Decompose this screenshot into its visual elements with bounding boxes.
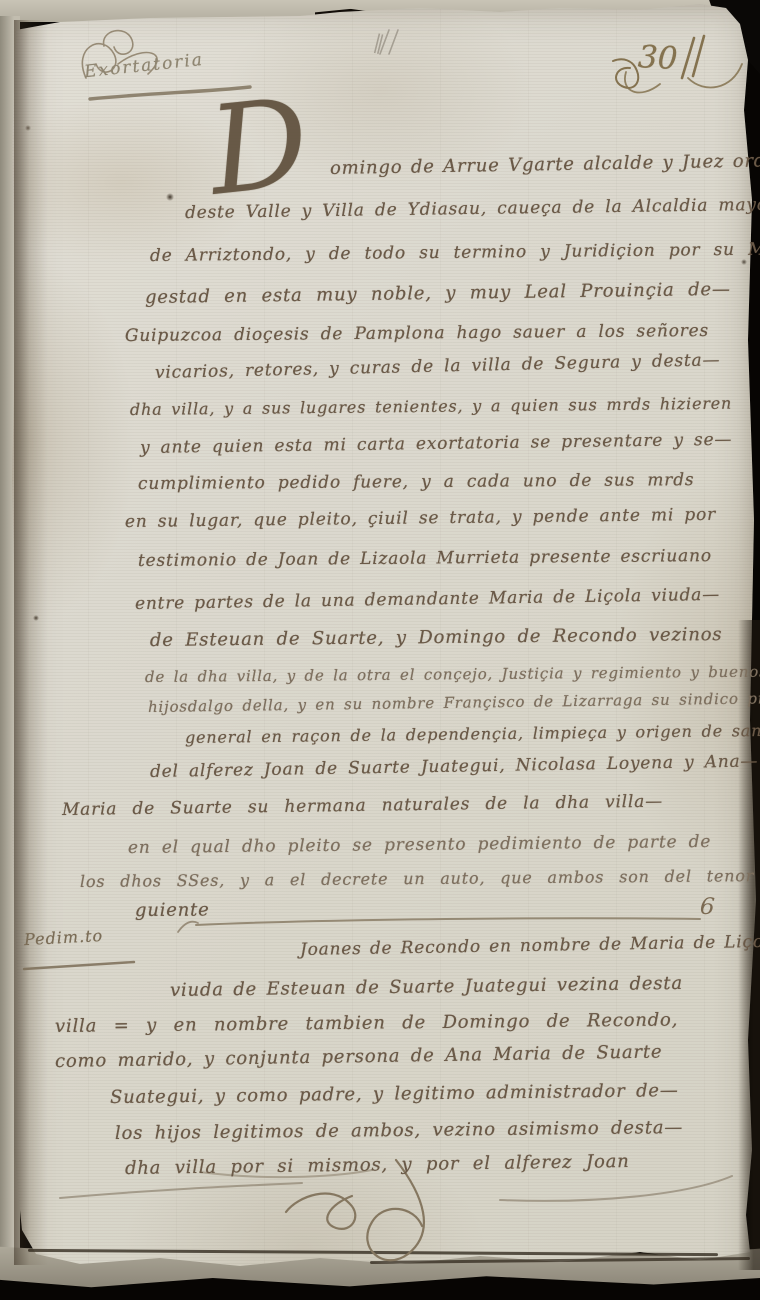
manuscript-page: Exortatoria ‖ 30 D Pedim.to 6 omingo de …: [0, 0, 760, 1300]
manuscript-line: guiente: [135, 899, 210, 921]
manuscript-line: cumplimiento pedido fuere, y a cada uno …: [138, 470, 695, 494]
folio-number: 30: [637, 39, 678, 77]
initial-capital: D: [204, 81, 314, 213]
end-of-rule-mark: 6: [699, 894, 715, 921]
